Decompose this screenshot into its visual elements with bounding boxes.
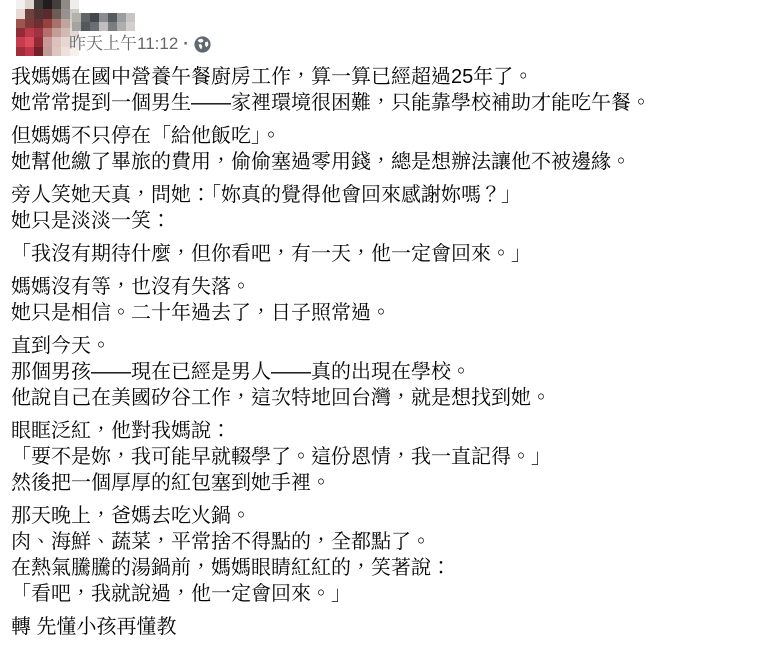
facebook-post: 昨天上午11:12 · 我媽媽在國中營養午餐廚房工作，算一算已經超過25年了。 …: [0, 0, 777, 658]
post-paragraph: 眼眶泛紅，他對我媽說： 「要不是妳，我可能早就輟學了。這份恩情，我一直記得。」 …: [11, 418, 766, 496]
post-paragraph: 媽媽沒有等，也沒有失落。 她只是相信。二十年過去了，日子照常過。: [11, 274, 766, 326]
globe-privacy-icon: [194, 36, 211, 53]
post-paragraph: 直到今天。 那個男孩——現在已經是男人——真的出現在學校。 他說自己在美國矽谷工…: [11, 333, 766, 411]
post-meta: 昨天上午11:12 ·: [69, 33, 211, 55]
meta-separator-dot: ·: [183, 33, 189, 55]
post-paragraph: 旁人笑她天真，問她：「妳真的覺得他會回來感謝妳嗎？」 她只是淡淡一笑：: [11, 182, 766, 234]
author-name-redacted[interactable]: [72, 13, 135, 31]
post-timestamp[interactable]: 昨天上午11:12: [69, 33, 178, 55]
post-content: 我媽媽在國中營養午餐廚房工作，算一算已經超過25年了。 她常常提到一個男生——家…: [11, 64, 766, 647]
post-paragraph: 但媽媽不只停在「給他飯吃」。 她幫他繳了畢旅的費用，偷偷塞過零用錢，總是想辦法讓…: [11, 123, 766, 175]
post-paragraph: 那天晚上，爸媽去吃火鍋。 肉、海鮮、蔬菜，平常捨不得點的，全都點了。 在熱氣騰騰…: [11, 503, 766, 607]
post-paragraph: 我媽媽在國中營養午餐廚房工作，算一算已經超過25年了。 她常常提到一個男生——家…: [11, 64, 766, 116]
post-paragraph: 轉 先懂小孩再懂教: [11, 614, 766, 640]
post-paragraph: 「我沒有期待什麼，但你看吧，有一天，他一定會回來。」: [11, 241, 766, 267]
